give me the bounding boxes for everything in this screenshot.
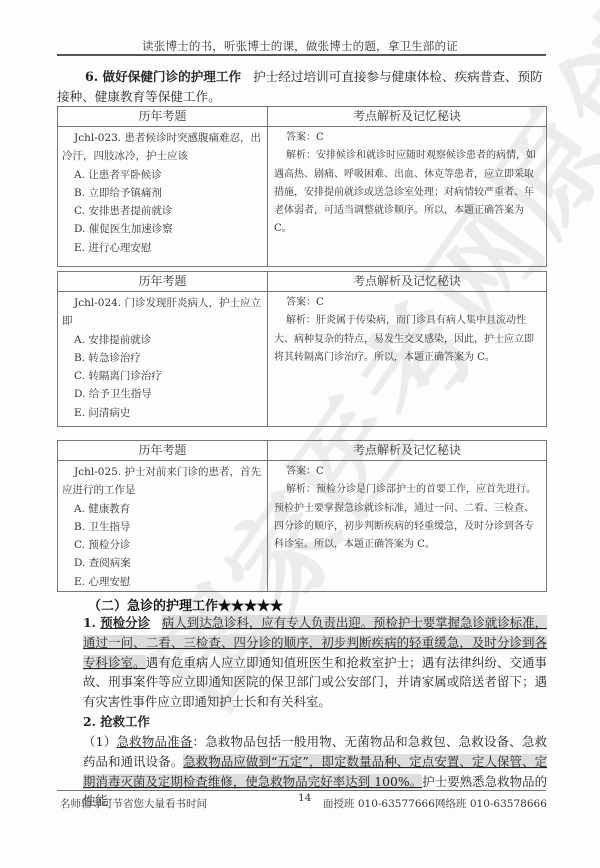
col-header-analysis: 考点解析及记忆秘诀 <box>268 441 547 461</box>
para1-text: 遇有危重病人应立即通知值班医生和抢救室护士；遇有法律纠纷、交通事故、刑事案件等应… <box>83 655 547 710</box>
explanation: 解析：肝炎属于传染病，而门诊具有病人集中且流动性大、病种复杂的特点，易发生交叉感… <box>274 312 542 367</box>
footer-online-class-phone: 网络班 010-63578666 <box>435 796 547 811</box>
para2-title: 2. 抢救工作 <box>57 712 547 732</box>
question-table-1: 历年考题 考点解析及记忆秘诀 Jchl-023. 患者候诊时突感腹痛难忍，出冷汗… <box>57 106 547 267</box>
page-header-tagline: 读张博士的书，听张博士的课，做张博士的题，拿卫生部的证 <box>0 38 600 54</box>
option: A. 安排提前就诊 <box>62 331 263 349</box>
option: B. 立即给予镇痛剂 <box>62 184 263 202</box>
paragraph-triage: 1. 预检分诊 病人到达急诊科，应有专人负责出迎。预检护士要掌握急诊就诊标准，通… <box>57 613 547 712</box>
col-header-questions: 历年考题 <box>58 107 268 127</box>
intro-lead: 6. 做好保健门诊的护理工作 <box>57 69 241 84</box>
answer: 答案：C <box>274 294 542 312</box>
question-stem: Jchl-025. 护士对前来门诊的患者，首先应进行的工作是 <box>62 463 263 500</box>
document-page: 国家医考网原创 读张博士的书，听张博士的课，做张博士的题，拿卫生部的证 6. 做… <box>0 0 600 868</box>
col-header-questions: 历年考题 <box>58 441 268 461</box>
header-divider <box>57 54 546 56</box>
option: C. 转隔离门诊治疗 <box>62 367 263 385</box>
option: A. 让患者平卧候诊 <box>62 166 263 184</box>
question-table-3: 历年考题 考点解析及记忆秘诀 Jchl-025. 护士对前来门诊的患者，首先应进… <box>57 440 547 592</box>
option: E. 心理安慰 <box>62 573 263 591</box>
question-stem: Jchl-023. 患者候诊时突感腹痛难忍，出冷汗，四肢冰冷，护士应该 <box>62 129 263 166</box>
option: D. 查阅病案 <box>62 554 263 572</box>
col-header-analysis: 考点解析及记忆秘诀 <box>268 272 547 292</box>
question-cell: Jchl-025. 护士对前来门诊的患者，首先应进行的工作是 A. 健康教育 B… <box>58 461 268 592</box>
footer-divider <box>57 790 546 791</box>
para3-num: （1） <box>83 734 117 749</box>
option: E. 进行心理安慰 <box>62 239 263 257</box>
option: E. 问清病史 <box>62 404 263 422</box>
answer: 答案：C <box>274 463 542 481</box>
footer-slogan: 名师辅导可节省您大量看书时间 <box>60 796 207 811</box>
option: A. 健康教育 <box>62 500 263 518</box>
option: B. 卫生指导 <box>62 518 263 536</box>
paragraph-rescue-title: 2. 抢救工作 <box>57 712 547 732</box>
footer-face-class-phone: 面授班 010-63577666 <box>323 796 435 811</box>
page-number: 14 <box>298 792 311 804</box>
option: D. 催促医生加速诊察 <box>62 220 263 238</box>
option: D. 给予卫生指导 <box>62 385 263 403</box>
col-header-analysis: 考点解析及记忆秘诀 <box>268 107 547 127</box>
question-table-2: 历年考题 考点解析及记忆秘诀 Jchl-024. 门诊发现肝炎病人，护士应立即 … <box>57 271 547 427</box>
analysis-cell: 答案：C 解析：安排候诊和就诊时应随时观察候诊患者的病情，如遇高热、剧痛、呼吸困… <box>268 127 547 267</box>
intro-paragraph: 6. 做好保健门诊的护理工作护士经过培训可直接参与健康体检、疾病普查、预防接种、… <box>57 67 547 107</box>
para1-lead: 预检分诊 <box>100 615 150 630</box>
question-cell: Jchl-024. 门诊发现肝炎病人，护士应立即 A. 安排提前就诊 B. 转急… <box>58 292 268 427</box>
analysis-cell: 答案：C 解析：肝炎属于传染病，而门诊具有病人集中且流动性大、病种复杂的特点，易… <box>268 292 547 427</box>
explanation: 解析：预检分诊是门诊部护士的首要工作，应首先进行。预检护士要掌握急诊就诊标准，通… <box>274 481 542 554</box>
question-stem: Jchl-024. 门诊发现肝炎病人，护士应立即 <box>62 294 263 331</box>
explanation: 解析：安排候诊和就诊时应随时观察候诊患者的病情，如遇高热、剧痛、呼吸困难、出血、… <box>274 147 542 238</box>
col-header-questions: 历年考题 <box>58 272 268 292</box>
answer: 答案：C <box>274 129 542 147</box>
section-title: （二）急诊的护理工作★★★★★ <box>88 595 283 614</box>
para3-lead: 急救物品准备 <box>117 734 193 749</box>
option: B. 转急诊治疗 <box>62 349 263 367</box>
question-cell: Jchl-023. 患者候诊时突感腹痛难忍，出冷汗，四肢冰冷，护士应该 A. 让… <box>58 127 268 267</box>
analysis-cell: 答案：C 解析：预检分诊是门诊部护士的首要工作，应首先进行。预检护士要掌握急诊就… <box>268 461 547 592</box>
option: C. 安排患者提前就诊 <box>62 202 263 220</box>
option: C. 预检分诊 <box>62 536 263 554</box>
para1-num: 1. <box>83 615 100 630</box>
